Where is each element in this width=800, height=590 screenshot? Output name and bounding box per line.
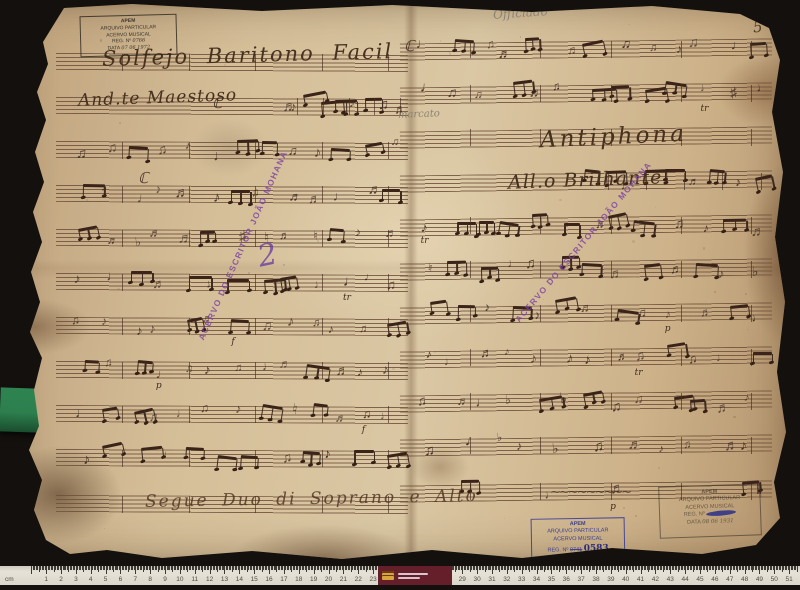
measure-barline	[611, 349, 612, 366]
measure-barline	[611, 85, 612, 102]
measure-barline	[255, 274, 256, 291]
measure-barline	[388, 142, 389, 159]
ruler-number: 4	[89, 576, 93, 583]
measure-barline	[122, 496, 123, 513]
note-head	[713, 181, 718, 185]
note-head	[247, 203, 252, 207]
music-note-glyph: ♪	[323, 446, 331, 460]
ruler-number: 37	[577, 576, 584, 583]
music-note-glyph: ♩	[363, 272, 376, 285]
music-note-glyph: ♫	[485, 38, 495, 51]
beam-bar	[382, 189, 401, 192]
ink-speck	[641, 57, 642, 58]
note-head	[505, 234, 510, 238]
ink-speck	[124, 448, 126, 450]
note-head	[237, 467, 242, 471]
note-head	[640, 234, 645, 238]
music-note-glyph: ♬	[688, 176, 700, 188]
measure-barline	[388, 362, 389, 379]
ruler-number: 12	[206, 576, 213, 583]
note-head	[396, 334, 401, 339]
ruler-number: 34	[533, 576, 540, 583]
note-head	[561, 232, 566, 236]
music-note-glyph: ♫	[148, 411, 158, 424]
ruler-number: 36	[563, 576, 570, 583]
music-note-glyph: ♫	[358, 324, 367, 335]
music-note-glyph: ♬	[334, 412, 347, 425]
measure-barline	[322, 362, 323, 379]
ruler-number: 2	[59, 576, 63, 583]
ruler-number: 41	[637, 576, 644, 583]
beam-bar	[564, 223, 579, 226]
reg-old-value: 0741	[570, 547, 582, 553]
note-head	[635, 321, 640, 325]
music-note-glyph: ♫	[199, 402, 208, 414]
archive-stamp-top-left: APEM ARQUIVO PARTICULAR ACERVO MUSICAL R…	[79, 14, 177, 58]
measure-barline	[349, 98, 350, 115]
music-note-glyph: ♭	[752, 265, 758, 279]
music-note-glyph: ♬	[715, 399, 731, 415]
measure-barline	[681, 85, 682, 102]
ruler-number: 17	[280, 576, 287, 583]
measure-barline	[122, 406, 123, 423]
stamp-data-line: DATA 08 06 1938	[532, 555, 624, 564]
note-head	[665, 98, 670, 103]
dynamic-marking: p	[610, 503, 616, 512]
measure-barline	[681, 41, 682, 58]
ruler-number: 50	[771, 576, 778, 583]
music-note-glyph: ♬	[152, 277, 165, 290]
note-head	[769, 360, 774, 364]
measure-barline	[189, 406, 190, 423]
music-note-glyph: ♫	[682, 439, 692, 451]
measure-barline	[189, 142, 190, 159]
music-note-glyph: ♩	[715, 352, 728, 365]
measure-barline	[540, 217, 541, 234]
beam-bar	[129, 146, 148, 150]
music-note-glyph: ♪	[349, 97, 355, 109]
ruler-number: 21	[340, 576, 347, 583]
note-head	[272, 291, 277, 296]
ink-speck	[714, 291, 716, 293]
note-head	[643, 99, 648, 104]
music-note-glyph: ♩	[106, 268, 121, 283]
music-note-glyph: ♫	[551, 81, 561, 94]
note-head	[95, 369, 100, 373]
footer-annotation: Segue Duo di Soprano e Alto	[145, 486, 478, 512]
data-label: DATA	[555, 556, 569, 562]
note-head	[214, 468, 219, 472]
measure-barline	[611, 261, 612, 278]
music-note-glyph: ♬	[580, 301, 593, 314]
ink-speck	[412, 395, 414, 397]
pencil-annotation-top: Officiado	[493, 4, 549, 22]
measure-barline	[189, 274, 190, 291]
ink-scribble	[706, 510, 736, 518]
ruler-number: 33	[518, 576, 525, 583]
measure-barline	[388, 318, 389, 335]
music-note-glyph: ♬	[279, 357, 292, 370]
measure-barline	[189, 230, 190, 247]
badge-text-lines	[398, 573, 428, 579]
ruler-number: 6	[119, 576, 123, 583]
ruler-number: 8	[148, 576, 152, 583]
measure-barline	[751, 437, 752, 454]
music-note-glyph: ♫	[424, 443, 436, 458]
note-head	[246, 288, 251, 292]
measure-barline	[681, 437, 682, 454]
ink-speck	[520, 36, 521, 37]
measure-barline	[255, 450, 256, 467]
measure-barline	[540, 437, 541, 454]
measure-barline	[470, 261, 471, 278]
dynamic-marking: tr	[343, 294, 351, 303]
ruler-tick	[797, 566, 798, 572]
staff-segment	[400, 434, 772, 456]
music-note-glyph: ♫	[637, 306, 647, 319]
reg-label: REG. Nº	[547, 547, 568, 553]
measure-barline	[540, 41, 541, 58]
measure-barline	[470, 437, 471, 454]
beam-bar	[84, 360, 98, 364]
ruler-number: 3	[74, 576, 78, 583]
music-note-glyph: ♬	[177, 231, 193, 247]
music-note-glyph: ♫	[288, 143, 299, 157]
music-note-glyph: ♩	[205, 277, 219, 291]
measure-barline	[322, 406, 323, 423]
measure-barline	[255, 318, 256, 335]
measure-barline	[322, 142, 323, 159]
music-note-glyph: ♬	[385, 227, 398, 240]
beam-bar	[102, 442, 122, 449]
music-note-glyph: ♩	[333, 190, 347, 204]
music-note-glyph: ♪	[717, 268, 724, 281]
music-note-glyph: ♫	[447, 86, 459, 101]
ruler-number: 7	[134, 576, 138, 583]
music-note-glyph: ♬	[456, 395, 469, 408]
music-note-glyph: ♩	[444, 356, 456, 368]
measure-barline	[611, 393, 612, 410]
reg-label: REG. Nº	[684, 511, 705, 518]
measure-barline	[189, 186, 190, 203]
music-note-glyph: ♬	[628, 436, 643, 451]
note-head	[478, 279, 483, 283]
ruler-number: 39	[607, 576, 614, 583]
note-head	[328, 157, 333, 161]
measure-barline	[470, 217, 471, 234]
music-note-glyph: ♩	[176, 408, 188, 420]
ruler-number: 23	[369, 576, 376, 583]
ruler-number: 10	[176, 576, 183, 583]
data-value: 07 06 1972	[121, 44, 150, 51]
ink-speck	[317, 240, 319, 242]
ruler-number: 40	[622, 576, 629, 583]
apem-ruler-badge	[378, 566, 452, 585]
music-note-glyph: ♩	[731, 39, 746, 54]
music-note-glyph: ♫	[378, 98, 389, 113]
ruler-number: 16	[265, 576, 272, 583]
music-note-glyph: ♪	[516, 439, 523, 452]
dynamic-marking: p	[156, 382, 162, 391]
ink-speck	[655, 207, 656, 208]
measure-barline	[611, 305, 612, 322]
measure-barline	[681, 349, 682, 366]
final-flourish: ∼∼∼∼∼∼∼∼∼	[550, 485, 630, 498]
note-head	[755, 189, 760, 194]
page-number-right: 5	[752, 18, 763, 37]
music-note-glyph: ♬	[149, 227, 162, 240]
measure-barline	[681, 393, 682, 410]
music-note-glyph: ♪	[83, 453, 91, 468]
dynamic-marking: tr	[421, 237, 429, 246]
music-note-glyph: ♬	[699, 307, 712, 320]
ruler-number: 15	[251, 576, 258, 583]
measure-barline	[388, 450, 389, 467]
ruler-number: 5	[104, 576, 108, 583]
measure-barline	[255, 406, 256, 423]
music-note-glyph: ♫	[524, 257, 536, 272]
ruler-number: 46	[711, 576, 718, 583]
measure-barline	[722, 173, 723, 190]
measure-barline	[255, 142, 256, 159]
measure-barline	[388, 274, 389, 291]
note-head	[144, 159, 149, 163]
ruler-number: 35	[548, 576, 555, 583]
dynamic-marking: f	[362, 426, 365, 435]
ink-speck	[623, 507, 625, 509]
measure-barline	[681, 217, 682, 234]
music-note-glyph: ♫	[634, 348, 646, 363]
measure-barline	[323, 98, 324, 115]
measure-barline	[611, 437, 612, 454]
measure-barline	[122, 274, 123, 291]
reg-value: 0766	[132, 38, 145, 44]
ink-speck	[703, 247, 706, 250]
ink-speck	[381, 517, 382, 518]
photo-backdrop: ℂ♩♫♬♬♫♫♪♫♩ℂ♬♪♪♫♬♩♫♫♬♫♩tr♯♩♫♫♫♪♩♫♪♫♩♩♪♬♪♫…	[0, 0, 800, 590]
ruler-number: 1	[44, 576, 48, 583]
measure-barline	[255, 362, 256, 379]
measure-barline	[189, 362, 190, 379]
measure-barline	[122, 318, 123, 335]
music-note-glyph: ♬	[616, 352, 628, 364]
measure-barline	[322, 450, 323, 467]
c-clef-glyph: ℂ	[138, 171, 148, 186]
music-note-glyph: ♫	[633, 393, 644, 406]
measure-barline	[322, 318, 323, 335]
ruler-number: 9	[163, 576, 167, 583]
measure-barline	[122, 362, 123, 379]
ruler-unit-label: cm	[5, 576, 14, 583]
note-head	[101, 420, 106, 425]
reg-label: REG. Nº	[112, 38, 131, 44]
archive-stamp-bottom-right: APEM ARQUIVO PARTICULAR ACERVO MUSICAL R…	[658, 483, 762, 539]
music-note-glyph: ♩	[755, 80, 769, 94]
beam-bar	[330, 228, 344, 232]
ink-speck	[392, 368, 395, 371]
music-note-glyph: ♭	[496, 433, 502, 445]
music-note-glyph: ♯	[729, 85, 737, 99]
ruler-number: 29	[459, 576, 466, 583]
music-note-glyph: ♬	[751, 223, 766, 238]
music-note-glyph: ♩	[161, 448, 175, 462]
music-note-glyph: ♩	[75, 405, 89, 419]
ruler-number: 11	[191, 576, 198, 583]
data-label: DATA	[687, 519, 701, 525]
note-head	[673, 406, 678, 411]
music-note-glyph: ♩	[419, 80, 435, 96]
ink-speck	[745, 293, 747, 295]
music-note-glyph: ♫	[688, 36, 699, 51]
music-note-glyph: ♪	[503, 347, 510, 359]
note-head	[515, 234, 520, 238]
music-note-glyph: ♫	[281, 450, 293, 465]
ruler-number: 38	[592, 576, 599, 583]
ruler-number: 31	[488, 576, 495, 583]
ink-speck	[283, 264, 284, 265]
note-head	[246, 330, 251, 334]
measure-barline	[751, 41, 752, 58]
ruler-number: 32	[503, 576, 510, 583]
note-head	[743, 229, 748, 233]
measure-barline	[751, 305, 752, 322]
measure-barline	[122, 230, 123, 247]
ink-speck	[628, 24, 630, 26]
note-head	[688, 408, 693, 413]
music-note-glyph: ♪	[234, 403, 241, 416]
music-note-glyph: ♪	[204, 363, 211, 377]
music-note-glyph: ♬	[288, 189, 303, 204]
music-note-glyph: ♫	[474, 90, 483, 102]
music-note-glyph: ♫	[610, 400, 621, 415]
music-note-glyph: ♩	[700, 81, 713, 94]
measure-barline	[540, 483, 541, 500]
measure-barline	[470, 41, 471, 58]
music-note-glyph: ♪	[425, 348, 432, 360]
note-head	[126, 155, 131, 159]
music-note-glyph: ♫	[390, 136, 400, 148]
measure-barline	[751, 393, 752, 410]
beam-bar	[690, 399, 705, 403]
music-note-glyph: ♩	[416, 37, 430, 51]
archive-stamp-bottom-center: APEM ARQUIVO PARTICULAR ACERVO MUSICAL R…	[531, 517, 626, 568]
ink-speck	[747, 329, 748, 330]
music-note-glyph: ♬	[498, 47, 512, 61]
ruler-number: 48	[741, 576, 748, 583]
building-icon	[382, 571, 394, 580]
note-head	[495, 278, 500, 282]
music-note-glyph: ♬	[307, 192, 320, 205]
measure-barline	[751, 85, 752, 102]
music-note-glyph: ♪	[73, 272, 81, 286]
music-note-glyph: ♪	[355, 225, 362, 237]
ink-speck	[440, 40, 441, 41]
stamp-data-line: DATA 07 06 1972	[81, 44, 176, 53]
measure-barline	[189, 450, 190, 467]
note-head	[237, 201, 242, 205]
measure-barline	[540, 261, 541, 278]
measure-barline	[470, 129, 471, 146]
measure-barline	[388, 406, 389, 423]
music-note-glyph: ♪	[136, 324, 143, 338]
music-note-glyph: ♪	[703, 222, 710, 234]
note-head	[325, 379, 330, 383]
music-note-glyph: ♫	[76, 146, 88, 161]
note-head	[720, 230, 725, 234]
music-note-glyph: ♩	[314, 278, 326, 290]
measure-barline	[470, 85, 471, 102]
measure-barline	[611, 217, 612, 234]
dynamic-marking: p	[665, 325, 671, 334]
note-head	[613, 99, 618, 104]
ink-speck	[559, 199, 561, 201]
music-note-glyph: ♬	[724, 439, 739, 454]
music-note-glyph: ♭	[505, 394, 511, 407]
music-note-glyph: ♩	[343, 275, 358, 290]
measure-barline	[684, 173, 685, 190]
music-note-glyph: ♪	[533, 308, 541, 321]
measure-barline	[470, 305, 471, 322]
ruler-number: 51	[786, 576, 793, 583]
ruler-number: 30	[473, 576, 480, 583]
music-note-glyph: ♩	[100, 181, 113, 194]
note-head	[702, 409, 707, 414]
reg-new-value: 0583	[584, 544, 609, 554]
centimeter-ruler: cm 1234567891011121314151617181920212223…	[0, 566, 800, 585]
measure-barline	[122, 186, 123, 203]
music-note-glyph: ♪	[659, 444, 665, 455]
measure-barline	[189, 318, 190, 335]
music-note-glyph: ♪	[314, 145, 322, 160]
ink-speck	[635, 515, 637, 517]
ruler-number: 19	[310, 576, 317, 583]
measure-barline	[322, 274, 323, 291]
note-head	[134, 371, 139, 375]
music-note-glyph: ♫	[71, 314, 81, 327]
ruler-number: 49	[756, 576, 763, 583]
measure-barline	[388, 186, 389, 203]
note-head	[658, 276, 663, 281]
measure-barline	[761, 173, 762, 190]
measure-barline	[322, 186, 323, 203]
music-note-glyph: ♪	[676, 43, 683, 56]
music-note-glyph: ♪	[286, 314, 294, 329]
stamp-reg-line: REG. Nº 0741 0583	[532, 542, 624, 556]
music-note-glyph: ♪	[328, 324, 335, 336]
measure-barline	[540, 85, 541, 102]
music-note-glyph: ♩	[464, 434, 480, 450]
music-note-glyph: ♪	[665, 309, 671, 321]
note-head	[642, 278, 647, 283]
ink-speck	[504, 518, 505, 519]
music-note-glyph: ♬	[278, 231, 290, 243]
music-note-glyph: ♫	[593, 439, 605, 455]
music-note-glyph: ♪	[740, 439, 748, 453]
measure-barline	[470, 349, 471, 366]
ruler-number: 44	[682, 576, 689, 583]
ink-speck	[733, 416, 735, 418]
music-note-glyph: ♫	[107, 140, 118, 154]
music-note-glyph: ♫	[312, 318, 321, 329]
music-note-glyph: ♫	[620, 37, 632, 52]
note-head	[228, 330, 233, 334]
note-head	[262, 290, 267, 295]
dynamic-marking: tr	[700, 105, 708, 114]
marcato-annotation: marcato	[398, 108, 440, 120]
music-note-glyph: ♬	[106, 236, 119, 249]
measure-barline	[322, 230, 323, 247]
music-note-glyph: ♪	[101, 315, 108, 328]
